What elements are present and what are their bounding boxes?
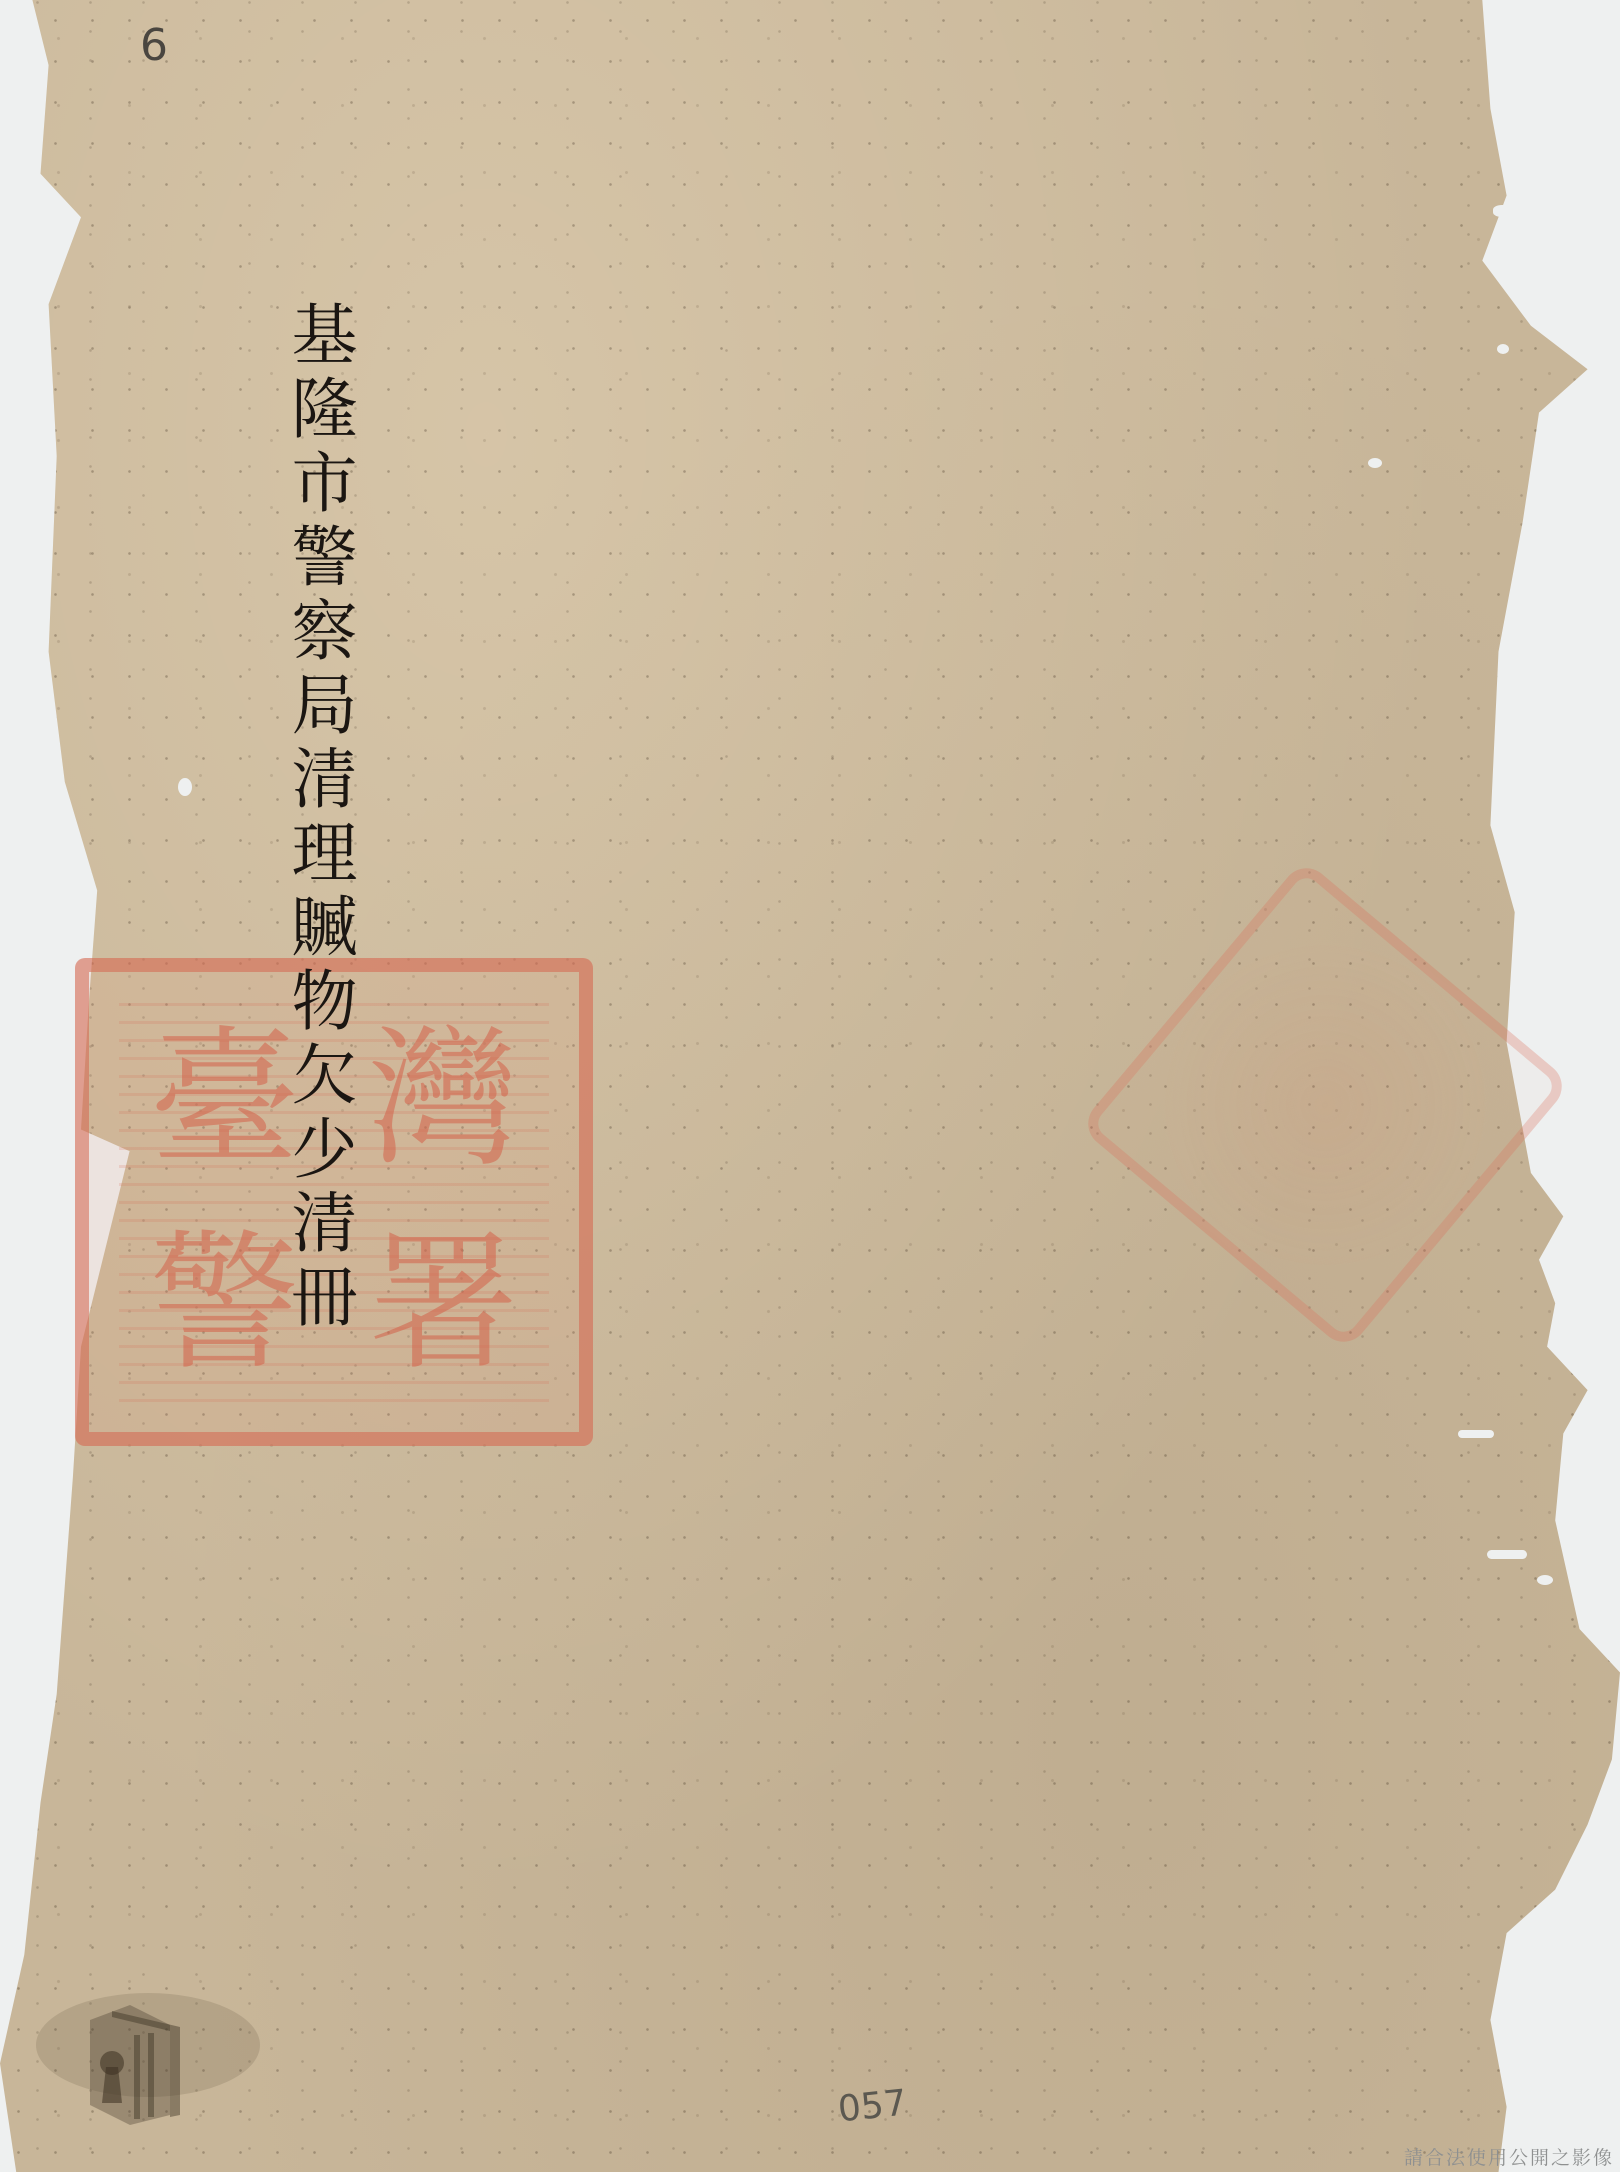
scanned-document-page: 臺 灣 警 署 基隆市警察局清理贓物欠少清冊 6 057 請合法使用公開之影像 <box>0 0 1620 2172</box>
archive-book-keyhole-icon <box>30 1975 260 2125</box>
pencil-page-number: 6 <box>140 20 168 71</box>
paper-hole <box>1497 344 1509 354</box>
paper-hole <box>1458 1430 1494 1438</box>
paper-hole <box>1368 458 1382 468</box>
pencil-folio-number: 057 <box>836 2083 909 2131</box>
paper-hole <box>1537 1575 1553 1585</box>
document-title-vertical: 基隆市警察局清理贓物欠少清冊 <box>278 300 358 1336</box>
paper-hole <box>1493 205 1515 217</box>
paper-hole <box>1487 1550 1527 1559</box>
paper-hole <box>1600 1553 1620 1561</box>
legal-use-notice: 請合法使用公開之影像 <box>1404 2143 1614 2170</box>
seal-char: 署 <box>334 1229 553 1379</box>
paper-hole <box>178 778 192 796</box>
seal-char: 灣 <box>334 1025 553 1175</box>
